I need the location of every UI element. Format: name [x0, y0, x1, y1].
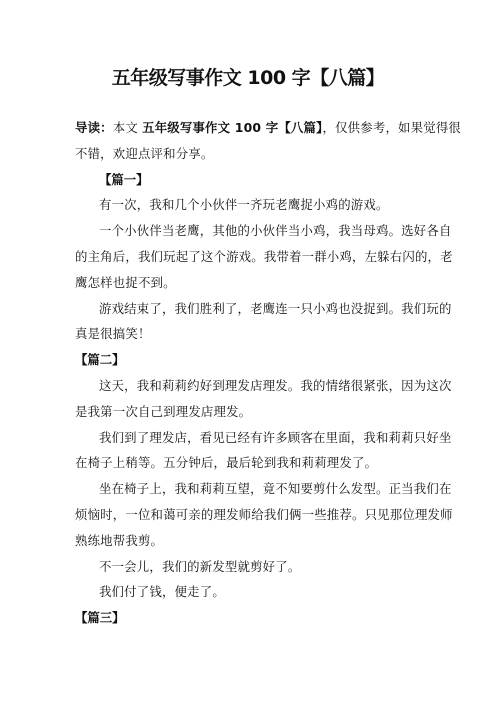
intro-pre: 本文 [113, 120, 142, 135]
intro-post: ，仅供参考，如果觉得很 [323, 120, 462, 135]
document-body: 导读：本文 五年级写事作文 100 字【八篇】，仅供参考，如果觉得很 不错，欢迎… [75, 115, 425, 631]
paragraph-line: 这天，我和莉莉约好到理发店理发。我的情绪很紧张，因为这次 [75, 373, 425, 399]
paragraph-line: 鹰怎样也捉不到。 [75, 270, 425, 296]
intro-label: 导读： [75, 120, 113, 135]
paragraph-line: 真是很搞笑！ [75, 321, 425, 347]
section-heading-3: 【篇三】 [75, 605, 425, 631]
paragraph-line: 坐在椅子上，我和莉莉互望，竟不知要剪什么发型。正当我们在 [75, 476, 425, 502]
paragraph-line: 是我第一次自己到理发店理发。 [75, 399, 425, 425]
section-heading-2: 【篇二】 [75, 347, 425, 373]
paragraph-line: 我们付了钱，便走了。 [75, 579, 425, 605]
paragraph-line: 的主角后，我们玩起了这个游戏。我带着一群小鸡，左躲右闪的，老 [75, 244, 425, 270]
paragraph-line: 熟练地帮我剪。 [75, 528, 425, 554]
intro-line-2: 不错，欢迎点评和分享。 [75, 141, 425, 167]
paragraph-line: 不一会儿，我们的新发型就剪好了。 [75, 554, 425, 580]
paragraph-line: 烦恼时，一位和蔼可亲的理发师给我们俩一些推荐。只见那位理发师 [75, 502, 425, 528]
paragraph-line: 游戏结束了，我们胜利了，老鹰连一只小鸡也没捉到。我们玩的 [75, 296, 425, 322]
document-title: 五年级写事作文 100 字【八篇】 [0, 64, 496, 92]
paragraph-line: 我们到了理发店，看见已经有许多顾客在里面，我和莉莉只好坐 [75, 425, 425, 451]
intro-bold-title: 五年级写事作文 100 字【八篇】 [142, 120, 322, 135]
paragraph-line: 一个小伙伴当老鹰，其他的小伙伴当小鸡，我当母鸡。选好各自 [75, 218, 425, 244]
paragraph-line: 有一次，我和几个小伙伴一齐玩老鹰捉小鸡的游戏。 [75, 192, 425, 218]
intro-line-1: 导读：本文 五年级写事作文 100 字【八篇】，仅供参考，如果觉得很 [75, 115, 425, 141]
paragraph-line: 在椅子上稍等。五分钟后，最后轮到我和莉莉理发了。 [75, 450, 425, 476]
section-heading-1: 【篇一】 [75, 167, 425, 193]
